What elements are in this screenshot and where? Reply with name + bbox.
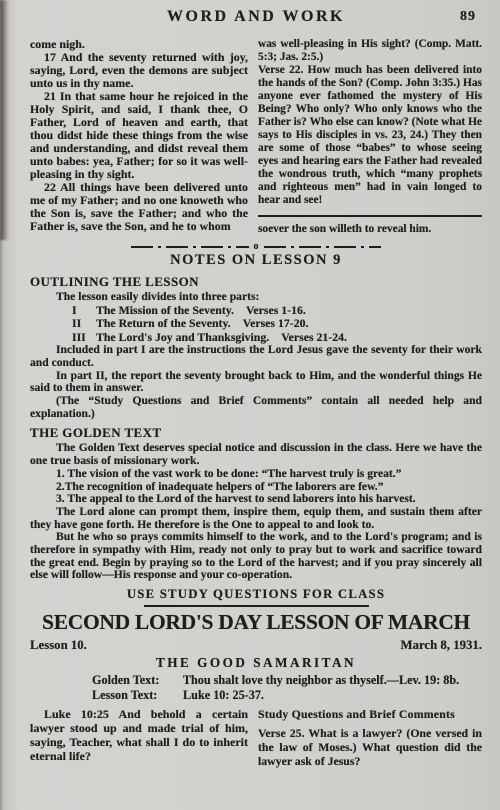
scan-edge-smudge <box>0 0 9 240</box>
outline-item: II The Return of the Seventy. Verses 17-… <box>72 317 482 331</box>
lesson-text-line: Lesson Text: Luke 10: 25-37. <box>92 688 482 703</box>
notes-paragraph: (The “Study Questions and Brief Comments… <box>30 395 482 420</box>
comment-paragraph: was well-pleasing in His sight? (Comp. M… <box>258 38 482 64</box>
outline-item: I The Mission of the Seventy. Verses 1-1… <box>72 304 482 318</box>
verse-label: Verse 25. <box>258 726 305 740</box>
golden-text-heading: THE GOLDEN TEXT <box>30 425 482 441</box>
outline-verses: Verses 1-16. <box>246 304 306 318</box>
study-questions-heading: Study Questions and Brief Comments <box>258 708 482 722</box>
scripture-paragraph: 22 All things have been delivered unto m… <box>30 181 248 233</box>
outline-verses: Verses 21-24. <box>281 331 347 345</box>
lesson-number: Lesson 10. <box>30 638 87 652</box>
notes-section: o NOTES ON LESSON 9 OUTLINING THE LESSON… <box>30 244 482 602</box>
scripture-columns: come nigh. 17 And the seventy returned w… <box>30 38 482 236</box>
section-ornament-divider: o <box>131 244 381 250</box>
lesson-columns: Luke 10:25 And behold a certain lawyer s… <box>30 708 482 768</box>
use-study-questions-line: USE STUDY QUESTIONS FOR CLASS <box>30 587 482 602</box>
outlining-heading: OUTLINING THE LESSON <box>30 274 482 290</box>
page-header: WORD AND WORK 89 <box>30 8 482 30</box>
lesson-text-label: Lesson Text: <box>92 688 180 703</box>
lesson-banner-title: SECOND LORD'S DAY LESSON OF MARCH <box>30 610 482 635</box>
golden-text-label: Golden Text: <box>92 673 180 688</box>
outline-numeral: I <box>72 304 96 318</box>
study-questions-column: Study Questions and Brief Comments Verse… <box>258 708 482 768</box>
outline-numeral: II <box>72 317 96 331</box>
comments-right-column: was well-pleasing in His sight? (Comp. M… <box>258 38 482 236</box>
outline-verses: Verses 17-20. <box>243 317 309 331</box>
golden-paragraph: The Lord alone can prompt them, inspire … <box>30 506 482 531</box>
outline-intro: The lesson easily divides into three par… <box>30 291 482 304</box>
golden-paragraph: The Golden Text deserves special notice … <box>30 442 482 467</box>
ornament-center-o: o <box>254 244 259 250</box>
scripture-continuation-line: soever the son willeth to reveal him. <box>258 223 482 236</box>
golden-paragraph: But he who so prays commits himself to t… <box>30 531 482 582</box>
study-question-paragraph: Verse 25. What is a lawyer? (One versed … <box>258 727 482 768</box>
outline-title: The Lord's Joy and Thanksgiving. <box>96 331 269 345</box>
page-number: 89 <box>460 9 476 25</box>
notes-paragraph: In part II, the report the seventy broug… <box>30 370 482 395</box>
lesson-title: THE GOOD SAMARITAN <box>30 655 482 671</box>
notes-title: NOTES ON LESSON 9 <box>30 252 482 269</box>
lesson-scripture-paragraph: Luke 10:25 And behold a certain lawyer s… <box>30 708 248 763</box>
outline-item: III The Lord's Joy and Thanksgiving. Ver… <box>72 331 482 345</box>
scan-edge-strip <box>0 0 4 810</box>
scripture-paragraph: 21 In that same hour he rejoiced in the … <box>30 90 248 181</box>
lesson-date: March 8, 1931. <box>400 638 482 652</box>
lesson-number-date-row: Lesson 10. March 8, 1931. <box>30 638 482 652</box>
lesson-divider-rule <box>144 605 369 607</box>
scanned-document-page: WORD AND WORK 89 come nigh. 17 And the s… <box>0 0 500 810</box>
golden-paragraph: 1. The vision of the vast work to be don… <box>30 468 482 481</box>
column-divider-rule <box>258 215 482 217</box>
scripture-left-column: come nigh. 17 And the seventy returned w… <box>30 38 248 236</box>
outline-title: The Mission of the Seventy. <box>96 304 234 318</box>
scripture-paragraph: 17 And the seventy returned with joy, sa… <box>30 51 248 90</box>
notes-paragraph: Included in part I are the instructions … <box>30 344 482 369</box>
outline-title: The Return of the Seventy. <box>96 317 231 331</box>
ornament-line <box>264 246 382 248</box>
lesson-text-value: Luke 10: 25-37. <box>183 688 264 702</box>
verse-comment-text: How much has been delivered into the han… <box>258 64 482 206</box>
golden-text-value: Thou shalt love thy neighbor as thyself.… <box>183 673 459 687</box>
journal-title: WORD AND WORK <box>167 8 345 25</box>
ornament-line <box>131 246 249 248</box>
comment-paragraph: Verse 22. How much has been delivered in… <box>258 64 482 207</box>
verse-label: Verse 22. <box>258 64 303 76</box>
lesson-scripture-column: Luke 10:25 And behold a certain lawyer s… <box>30 708 248 768</box>
second-lesson-section: SECOND LORD'S DAY LESSON OF MARCH Lesson… <box>30 610 482 768</box>
golden-text-line: Golden Text: Thou shalt love thy neighbo… <box>92 673 482 688</box>
outline-numeral: III <box>72 331 96 345</box>
